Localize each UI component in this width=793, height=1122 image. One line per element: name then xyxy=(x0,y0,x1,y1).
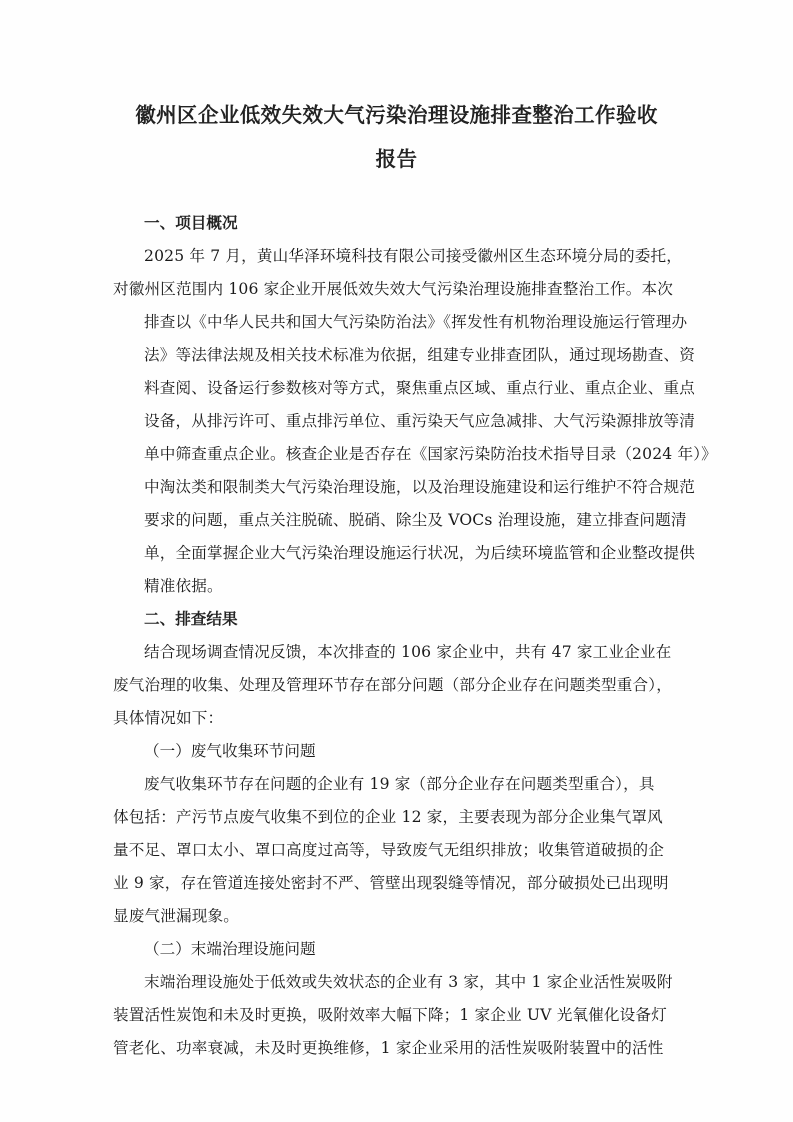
subsection-heading-end-treatment: （二）末端治理设施问题 xyxy=(113,933,693,966)
text-line: 具体情况如下： xyxy=(113,702,693,735)
text-line: 料查阅、设备运行参数核对等方式，聚焦重点区域、重点行业、重点企业、重点 xyxy=(113,372,693,405)
text-line: 装置活性炭饱和未及时更换，吸附效率大幅下降；1 家企业 UV 光氧催化设备灯 xyxy=(113,999,693,1032)
text-line: 精准依据。 xyxy=(113,570,693,603)
text-line: 单，全面掌握企业大气污染治理设施运行状况，为后续环境监管和企业整改提供 xyxy=(113,537,693,570)
text-line: 排查以《中华人民共和国大气污染防治法》《挥发性有机物治理设施运行管理办 xyxy=(113,306,693,339)
section-heading-project-overview: 一、项目概况 xyxy=(113,207,693,240)
text-line: 中淘汰类和限制类大气污染治理设施，以及治理设施建设和运行维护不符合规范 xyxy=(113,471,693,504)
text-line: 量不足、罩口太小、罩口高度过高等，导致废气无组织排放；收集管道破损的企 xyxy=(113,834,693,867)
text-line: 废气治理的收集、处理及管理环节存在部分问题（部分企业存在问题类型重合）， xyxy=(113,669,693,702)
subsection-heading-collection: （一）废气收集环节问题 xyxy=(113,735,693,768)
text-line: 法》等法律法规及相关技术标准为依据，组建专业排查团队，通过现场勘查、资 xyxy=(113,339,693,372)
section-heading-investigation-results: 二、排查结果 xyxy=(113,603,693,636)
text-line: 业 9 家，存在管道连接处密封不严、管壁出现裂缝等情况，部分破损处已出现明 xyxy=(113,867,693,900)
paragraph-end-treatment-issues: 末端治理设施处于低效或失效状态的企业有 3 家，其中 1 家企业活性炭吸附 装置… xyxy=(113,966,693,1065)
document-page: 徽州区企业低效失效大气污染治理设施排查整治工作验收 报告 一、项目概况 2025… xyxy=(0,0,793,1122)
paragraph-project-overview: 2025 年 7 月，黄山华泽环境科技有限公司接受徽州区生态环境分局的委托， 对… xyxy=(113,240,693,603)
text-line: 单中筛查重点企业。核查企业是否存在《国家污染防治技术指导目录（2024 年）》 xyxy=(113,438,693,471)
text-line: 要求的问题，重点关注脱硫、脱硝、除尘及 VOCs 治理设施，建立排查问题清 xyxy=(113,504,693,537)
paragraph-results-intro: 结合现场调查情况反馈，本次排查的 106 家企业中，共有 47 家工业企业在 废… xyxy=(113,636,693,735)
paragraph-collection-issues: 废气收集环节存在问题的企业有 19 家（部分企业存在问题类型重合），具 体包括：… xyxy=(113,768,693,933)
text-line: 2025 年 7 月，黄山华泽环境科技有限公司接受徽州区生态环境分局的委托， xyxy=(113,240,693,273)
text-line: 设备，从排污许可、重点排污单位、重污染天气应急减排、大气污染源排放等清 xyxy=(113,405,693,438)
document-title-line2: 报告 xyxy=(100,142,693,172)
text-line: 管老化、功率衰减，未及时更换维修，1 家企业采用的活性炭吸附装置中的活性 xyxy=(113,1032,693,1065)
text-line: 末端治理设施处于低效或失效状态的企业有 3 家，其中 1 家企业活性炭吸附 xyxy=(113,966,693,999)
text-line: 结合现场调查情况反馈，本次排查的 106 家企业中，共有 47 家工业企业在 xyxy=(113,636,693,669)
document-title-line1: 徽州区企业低效失效大气污染治理设施排查整治工作验收 xyxy=(100,98,693,128)
text-line: 对徽州区范围内 106 家企业开展低效失效大气污染治理设施排查整治工作。本次 xyxy=(113,273,693,306)
text-line: 废气收集环节存在问题的企业有 19 家（部分企业存在问题类型重合），具 xyxy=(113,768,693,801)
document-body: 一、项目概况 2025 年 7 月，黄山华泽环境科技有限公司接受徽州区生态环境分… xyxy=(113,207,693,1065)
text-line: 体包括：产污节点废气收集不到位的企业 12 家，主要表现为部分企业集气罩风 xyxy=(113,801,693,834)
text-line: 显废气泄漏现象。 xyxy=(113,900,693,933)
